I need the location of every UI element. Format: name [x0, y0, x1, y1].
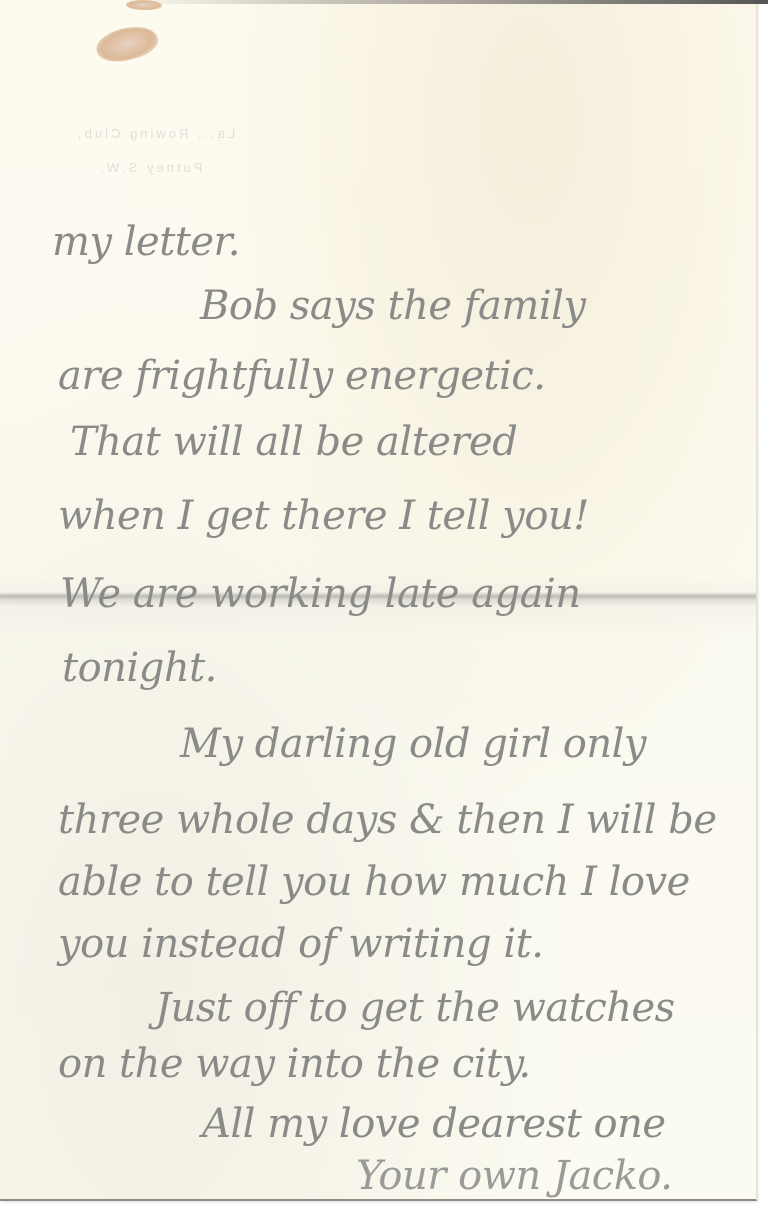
letter-line: My darling old girl only [180, 724, 646, 764]
letter-line: Bob says the family [200, 286, 586, 326]
letter-line: All my love dearest one [202, 1104, 666, 1144]
letter-line: on the way into the city. [58, 1044, 531, 1084]
letter-line: That will all be altered [70, 422, 517, 462]
letter-line: when I get there I tell you! [58, 496, 589, 536]
paper-stain [93, 21, 161, 68]
letter-line: my letter. [52, 222, 240, 262]
letter-line: able to tell you how much I love [58, 862, 690, 902]
paper-stain [126, 0, 162, 10]
letter-line: are frightfully energetic. [58, 356, 545, 396]
letterhead-bleedthrough-line: Putney S.W. [98, 160, 203, 175]
letter-line: three whole days & then I will be [58, 800, 717, 840]
letterhead-bleedthrough-line: La... Rowing Club, [75, 126, 235, 141]
letter-page: La... Rowing Club, Putney S.W. my letter… [0, 0, 757, 1201]
letter-line: Just off to get the watches [155, 988, 675, 1028]
letter-line: you instead of writing it. [58, 924, 543, 964]
letter-line: tonight. [62, 648, 217, 688]
page-top-edge-shadow [120, 0, 768, 4]
signature: Your own Jacko. [356, 1156, 673, 1196]
letter-line: We are working late again [60, 574, 581, 614]
